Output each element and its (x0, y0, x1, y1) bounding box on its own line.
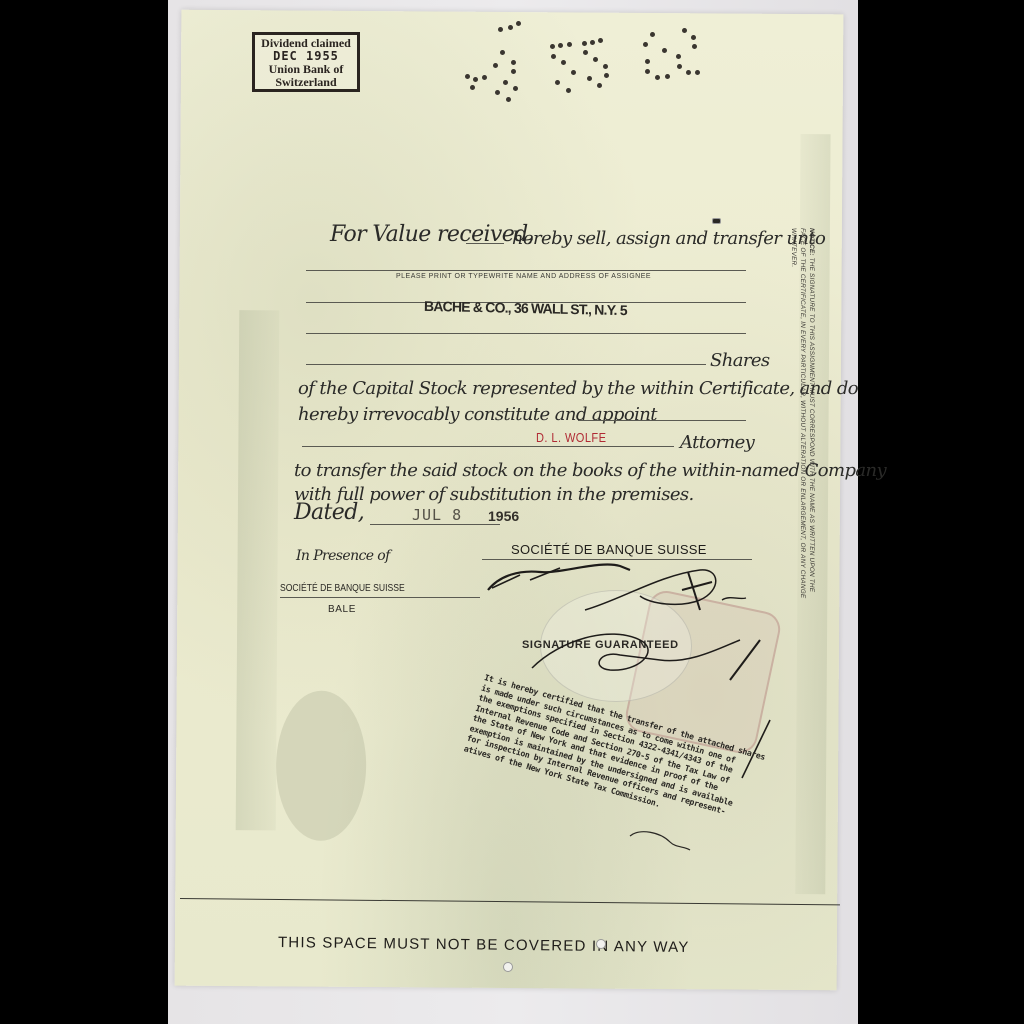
notice-text: THE SIGNATURE TO THIS ASSIGNMENT MUST CO… (790, 228, 815, 598)
punch-mark (712, 218, 721, 224)
notice-label: NOTICE: (808, 228, 815, 256)
punch-hole (596, 939, 606, 949)
signature-notice-sidebar: NOTICE: THE SIGNATURE TO THIS ASSIGNMENT… (789, 228, 816, 608)
punch-hole (503, 962, 513, 972)
handwritten-signatures (0, 0, 1024, 1024)
